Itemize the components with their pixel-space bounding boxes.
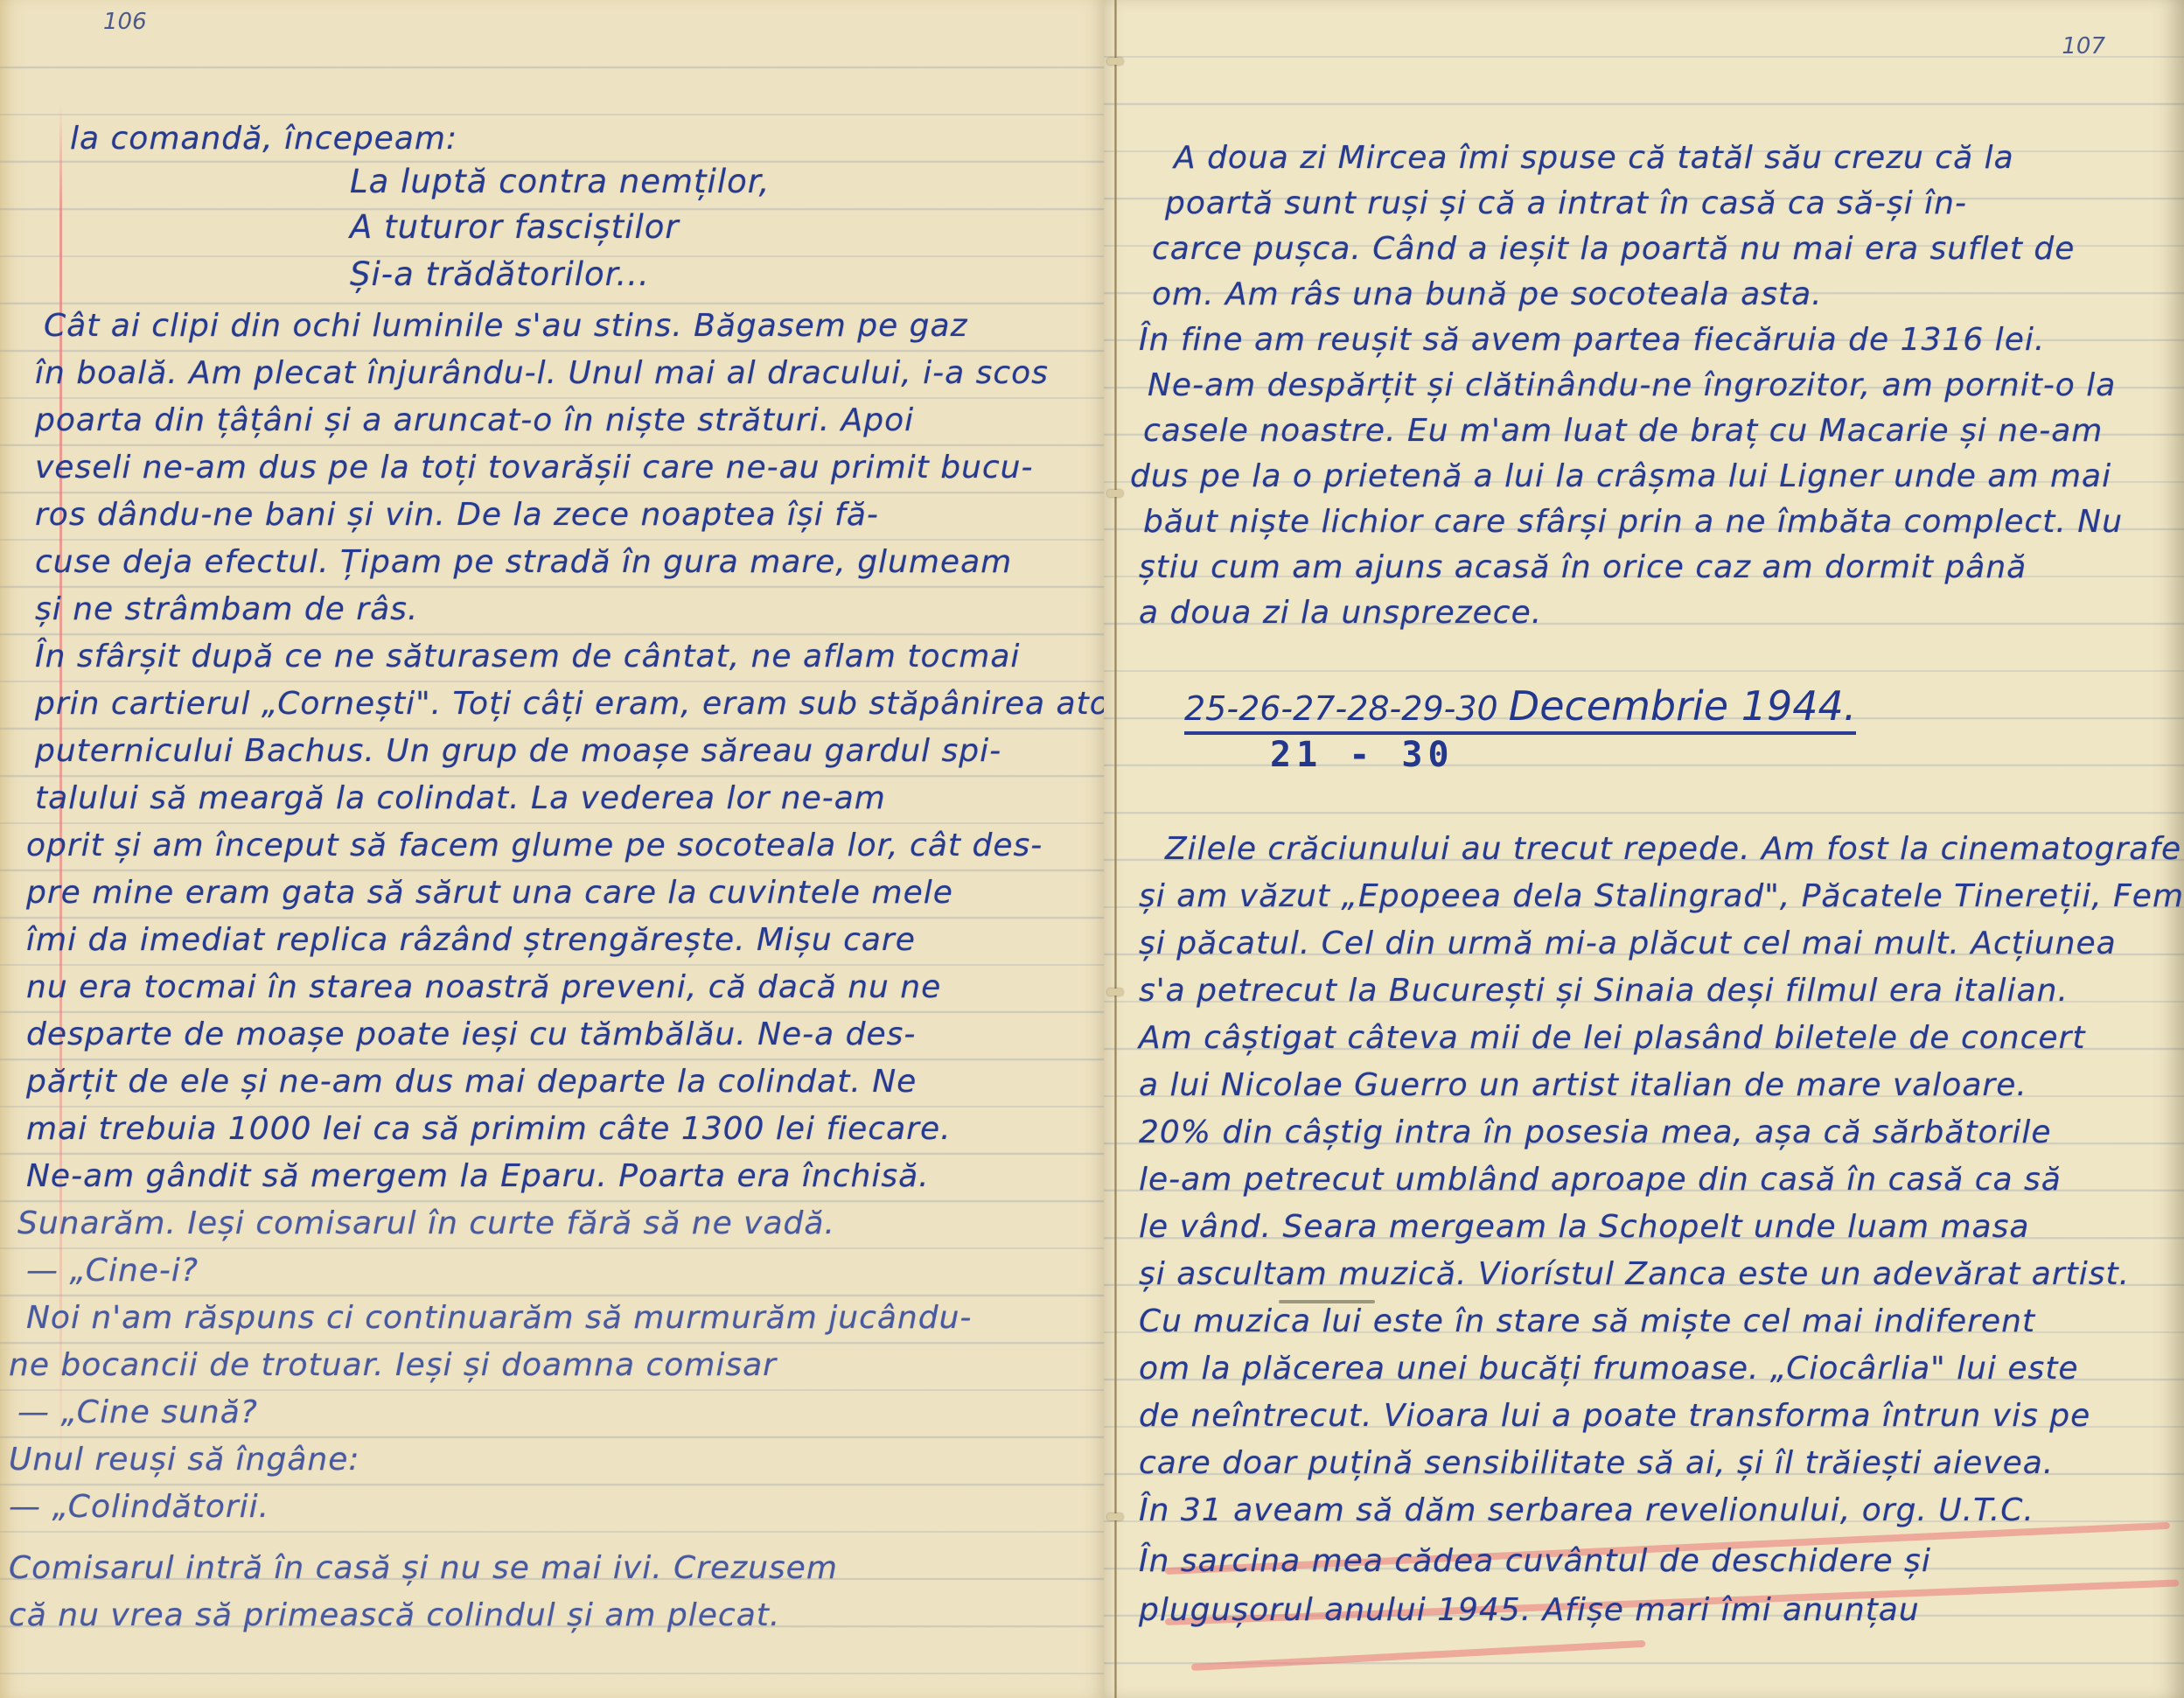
text-line: În 31 aveam să dăm serbarea revelionului… bbox=[1139, 1492, 2034, 1528]
text-line: a doua zi la unsprezece. bbox=[1139, 595, 1542, 631]
text-line: talului să meargă la colindat. La vedere… bbox=[35, 780, 886, 816]
text-line: om. Am râs una bună pe socoteala asta. bbox=[1152, 276, 1823, 312]
text-line: Cu muzica lui este în stare să miște cel… bbox=[1139, 1303, 2035, 1339]
entry-dates: 25-26-27-28-29-30 bbox=[1184, 689, 1498, 728]
dialogue-line: — „Cine sună? bbox=[17, 1394, 258, 1430]
entry-subtitle: 21 - 30 bbox=[1270, 735, 1455, 775]
text-line: A doua zi Mircea îmi spuse că tatăl său … bbox=[1174, 140, 2014, 176]
text-line: care doar puțină sensibilitate să ai, și… bbox=[1139, 1445, 2054, 1481]
text-line: s'a petrecut la București și Sinaia deși… bbox=[1139, 973, 2069, 1009]
text-line: carce pușca. Când a ieșit la poartă nu m… bbox=[1152, 231, 2075, 267]
text-line: puternicului Bachus. Un grup de moașe să… bbox=[35, 733, 1001, 769]
text-line: și păcatul. Cel din urmă mi-a plăcut cel… bbox=[1139, 926, 2117, 961]
verse-line: A tuturor fasciștilor bbox=[350, 208, 680, 246]
text-line: Sunarăm. Ieși comisarul în curte fără să… bbox=[17, 1205, 835, 1241]
entry-month-year: Decembrie 1944. bbox=[1509, 682, 1857, 730]
text-line: om la plăcerea unei bucăți frumoase. „Ci… bbox=[1139, 1351, 2079, 1387]
text-line: Cât ai clipi din ochi luminile s'au stin… bbox=[44, 308, 968, 344]
binding-stitch bbox=[1107, 58, 1123, 65]
text-line: părțit de ele și ne-am dus mai departe l… bbox=[26, 1064, 917, 1100]
binding-stitch bbox=[1107, 490, 1123, 497]
text-line: Am câștigat câteva mii de lei plasând bi… bbox=[1139, 1020, 2085, 1056]
text-line: dus pe la o prietenă a lui la crâșma lui… bbox=[1130, 458, 2111, 494]
text-line: Noi n'am răspuns ci continuarăm să murmu… bbox=[26, 1300, 972, 1336]
text-line: la comandă, începeam: bbox=[70, 121, 457, 157]
text-line: veseli ne-am dus pe la toți tovarășii ca… bbox=[35, 450, 1034, 486]
text-line: mai trebuia 1000 lei ca să primim câte 1… bbox=[26, 1111, 952, 1147]
text-line: Unul reuși să îngâne: bbox=[9, 1442, 359, 1478]
text-line: În fine am reușit să avem partea fiecăru… bbox=[1139, 322, 2045, 358]
page-number: 107 bbox=[2062, 33, 2105, 59]
text-line: 20% din câștig intra în posesia mea, așa… bbox=[1139, 1115, 2052, 1150]
text-line: că nu vrea să primească colindul și am p… bbox=[9, 1597, 780, 1633]
text-line: în boală. Am plecat înjurându-l. Unul ma… bbox=[35, 355, 1049, 391]
text-line: În sfârșit după ce ne săturasem de cânta… bbox=[35, 639, 1020, 674]
text-line: ne bocancii de trotuar. Ieși și doamna c… bbox=[9, 1347, 777, 1383]
text-line: poarta din țâțâni și a aruncat-o în nișt… bbox=[35, 402, 914, 438]
binding-stitch bbox=[1107, 1513, 1123, 1520]
text-line: poartă sunt ruși și că a intrat în casă … bbox=[1165, 185, 1967, 221]
red-pencil-underline bbox=[1191, 1640, 1646, 1671]
text-line: și am văzut „Epopeea dela Stalingrad", P… bbox=[1139, 878, 2184, 914]
text-line: de neîntrecut. Vioara lui a poate transf… bbox=[1139, 1398, 2090, 1434]
text-line: știu cum am ajuns acasă în orice caz am … bbox=[1139, 549, 2027, 585]
text-line: le vând. Seara mergeam la Schopelt unde … bbox=[1139, 1209, 2029, 1245]
text-line: îmi da imediat replica râzând ștrengăreș… bbox=[26, 922, 916, 958]
text-line: și ascultam muzică. Viorístul Zanca este… bbox=[1139, 1256, 2130, 1292]
text-line: băut niște lichior care sfârși prin a ne… bbox=[1143, 504, 2123, 540]
text-line: cuse deja efectul. Țipam pe stradă în gu… bbox=[35, 544, 1012, 580]
text-line: a lui Nicolae Guerro un artist italian d… bbox=[1139, 1067, 2027, 1103]
notebook-spine bbox=[1114, 0, 1117, 1698]
verse-line: La luptă contra nemților, bbox=[350, 163, 770, 200]
text-line: prin cartierul „Cornești". Toți câți era… bbox=[35, 686, 1135, 722]
text-line: plugușorul anului 1945. Afișe mari îmi a… bbox=[1139, 1592, 1920, 1628]
text-line: Zilele crăciunului au trecut repede. Am … bbox=[1165, 831, 2181, 867]
right-page: 107 A doua zi Mircea îmi spuse că tatăl … bbox=[1104, 0, 2184, 1698]
text-line: desparte de moașe poate ieși cu tămbălău… bbox=[26, 1017, 916, 1052]
text-line: nu era tocmai în starea noastră preveni,… bbox=[26, 969, 941, 1005]
entry-date-heading: 25-26-27-28-29-30 Decembrie 1944. bbox=[1184, 682, 1856, 735]
verse-line: Și-a trădătorilor... bbox=[350, 255, 650, 293]
text-line: le-am petrecut umblând aproape din casă … bbox=[1139, 1162, 2062, 1198]
left-page: 106 la comandă, începeam: La luptă contr… bbox=[0, 0, 1104, 1698]
page-number: 106 bbox=[103, 9, 147, 35]
dialogue-line: — „Cine-i? bbox=[26, 1253, 199, 1289]
text-line: ros dându-ne bani și vin. De la zece noa… bbox=[35, 497, 879, 533]
text-line: și ne strâmbam de râs. bbox=[35, 591, 418, 627]
text-line: Comisarul intră în casă și nu se mai ivi… bbox=[9, 1550, 838, 1586]
text-line: oprit și am început să facem glume pe so… bbox=[26, 828, 1043, 863]
text-line: pre mine eram gata să sărut una care la … bbox=[26, 875, 953, 911]
text-line: casele noastre. Eu m'am luat de braț cu … bbox=[1143, 413, 2103, 449]
text-line: În sarcina mea cădea cuvântul de deschid… bbox=[1139, 1543, 1931, 1579]
notebook-spread: 106 la comandă, începeam: La luptă contr… bbox=[0, 0, 2184, 1698]
text-line: Ne-am gândit să mergem la Eparu. Poarta … bbox=[26, 1158, 930, 1194]
binding-stitch bbox=[1107, 989, 1123, 996]
text-line: Ne-am despărțit și clătinându-ne îngrozi… bbox=[1148, 367, 2116, 403]
dialogue-line: — „Colindătorii. bbox=[9, 1489, 269, 1525]
